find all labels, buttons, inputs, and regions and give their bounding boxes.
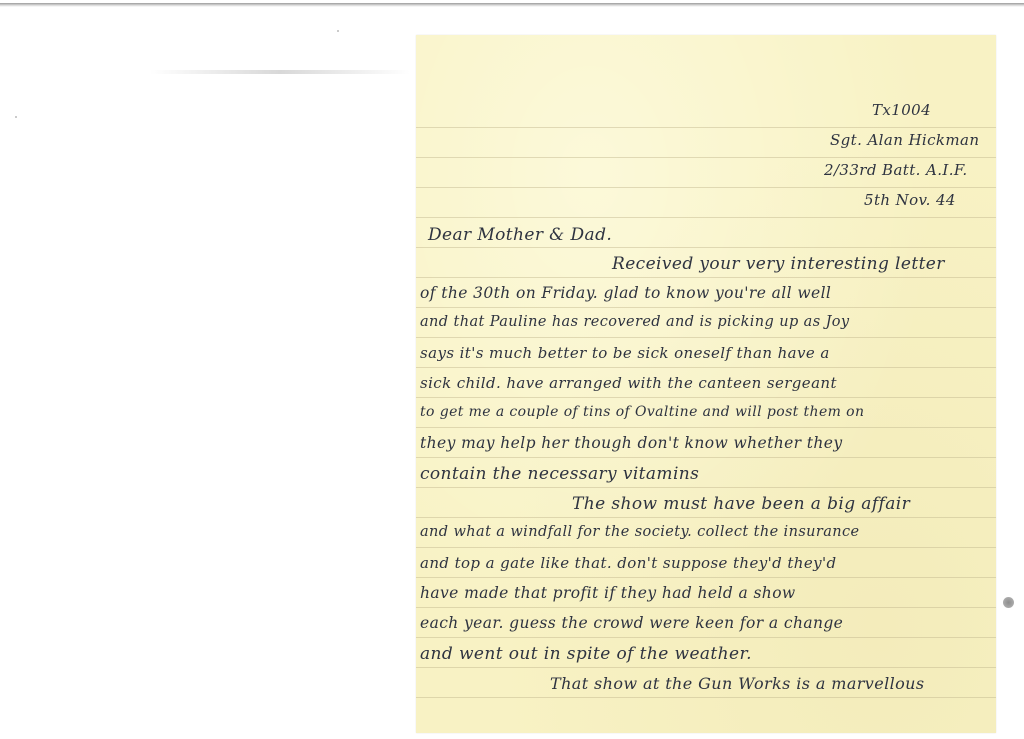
letter-line: each year. guess the crowd were keen for… (420, 614, 843, 632)
ruled-line (416, 667, 996, 668)
letter-line: and what a windfall for the society. col… (420, 524, 860, 540)
scan-smudge (150, 70, 410, 74)
scan-speck (337, 30, 339, 32)
ruled-line (416, 277, 996, 278)
ruled-line (416, 397, 996, 398)
letter-line: to get me a couple of tins of Ovaltine a… (420, 404, 864, 420)
ruled-line (416, 367, 996, 368)
ruled-line (416, 187, 996, 188)
sender-unit: 2/33rd Batt. A.I.F. (824, 161, 968, 179)
salutation: Dear Mother & Dad. (428, 225, 612, 245)
ruled-line (416, 337, 996, 338)
ruled-line (416, 247, 996, 248)
binder-hole-mark (1003, 597, 1014, 608)
service-number: Tx1004 (872, 101, 931, 119)
letter-line: they may help her though don't know whet… (420, 434, 843, 452)
letter-date: 5th Nov. 44 (864, 191, 956, 209)
letter-line: and went out in spite of the weather. (420, 644, 752, 664)
ruled-line (416, 427, 996, 428)
letter-line: of the 30th on Friday. glad to know you'… (420, 284, 831, 302)
letter-line: and top a gate like that. don't suppose … (420, 554, 837, 572)
letter-line: contain the necessary vitamins (420, 464, 699, 484)
ruled-line (416, 127, 996, 128)
ruled-line (416, 517, 996, 518)
ruled-line (416, 577, 996, 578)
sender-name: Sgt. Alan Hickman (830, 131, 979, 149)
ruled-line (416, 457, 996, 458)
ruled-line (416, 697, 996, 698)
letter-line: have made that profit if they had held a… (420, 584, 796, 602)
letter-line: and that Pauline has recovered and is pi… (420, 314, 850, 330)
ruled-line (416, 217, 996, 218)
letter-line: That show at the Gun Works is a marvello… (550, 674, 925, 693)
ruled-line (416, 637, 996, 638)
letter-line: sick child. have arranged with the cante… (420, 374, 837, 392)
letter-line: Received your very interesting letter (612, 254, 945, 274)
ruled-line (416, 307, 996, 308)
scan-speck (15, 116, 17, 118)
ruled-line (416, 547, 996, 548)
scan-top-edge (0, 3, 1024, 7)
ruled-line (416, 157, 996, 158)
letter-line: The show must have been a big affair (572, 494, 910, 514)
ruled-line (416, 607, 996, 608)
letter-page: Tx1004 Sgt. Alan Hickman 2/33rd Batt. A.… (416, 35, 996, 733)
ruled-line (416, 487, 996, 488)
letter-line: says it's much better to be sick oneself… (420, 344, 830, 362)
